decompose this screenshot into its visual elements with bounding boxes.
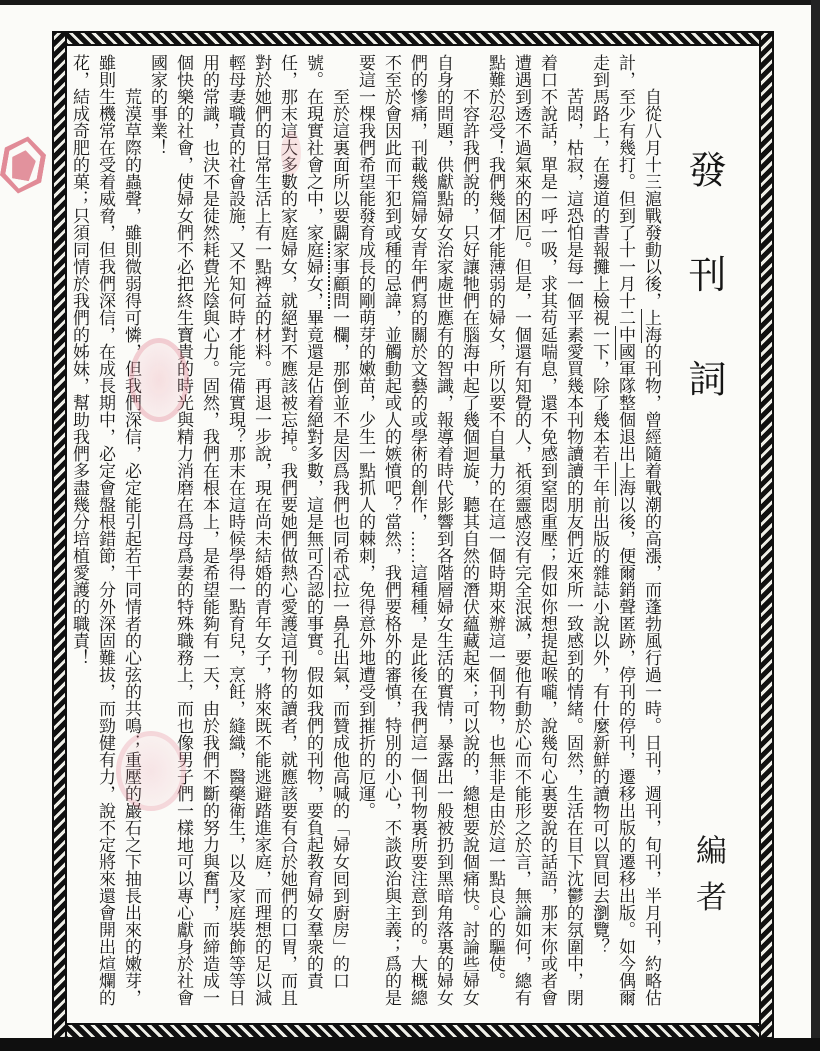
scan-edge-bottom bbox=[0, 1038, 820, 1051]
border-ornament-top bbox=[52, 31, 774, 46]
paragraph-4: 至於這裏面所以要闢家事顧問一欄，那倒並不是因爲我們也同希忒拉一鼻孔出氣，而贊成他… bbox=[144, 54, 352, 1008]
red-seal-stamp-icon bbox=[0, 133, 49, 197]
seal-inner bbox=[3, 139, 43, 192]
scan-edge-right bbox=[811, 0, 820, 1051]
paragraph-5: 荒漠草際的蟲聲，雖則微弱得可憐，但我們深信，必定能引起若干同情者的心弦的共鳴；重… bbox=[66, 54, 144, 1008]
paragraph-2: 苦悶，枯寂，這恐怕是每一個平素愛買幾本刊物讀讀的朋友們近來所一致感到的情緒。固然… bbox=[482, 54, 586, 1008]
scan-edge-top bbox=[0, 0, 820, 5]
seal-outline bbox=[0, 133, 49, 197]
paragraph-1: 自從八月十三滬戰發動以後，上海的刊物，曾經隨着戰潮的高漲，而蓬勃風行過一時。日刊… bbox=[586, 54, 664, 1008]
author-signature: 編者 bbox=[688, 834, 728, 954]
border-ornament-bottom bbox=[52, 1023, 774, 1039]
paragraph-3: 不容許我們說的，只好讓牠們在腦海中起了幾個迴旋，聽其自然的潛伏蘊藏起來；可以說的… bbox=[352, 54, 482, 1008]
seal-emblem bbox=[9, 148, 38, 182]
border-ornament-right bbox=[759, 31, 774, 1039]
page-title: 發刊詞 bbox=[681, 150, 725, 460]
article-body: 自從八月十三滬戰發動以後，上海的刊物，曾經隨着戰潮的高漲，而蓬勃風行過一時。日刊… bbox=[64, 54, 664, 1008]
scanned-page: 發刊詞 編者 自從八月十三滬戰發動以後，上海的刊物，曾經隨着戰潮的高漲，而蓬勃風… bbox=[0, 0, 820, 1051]
